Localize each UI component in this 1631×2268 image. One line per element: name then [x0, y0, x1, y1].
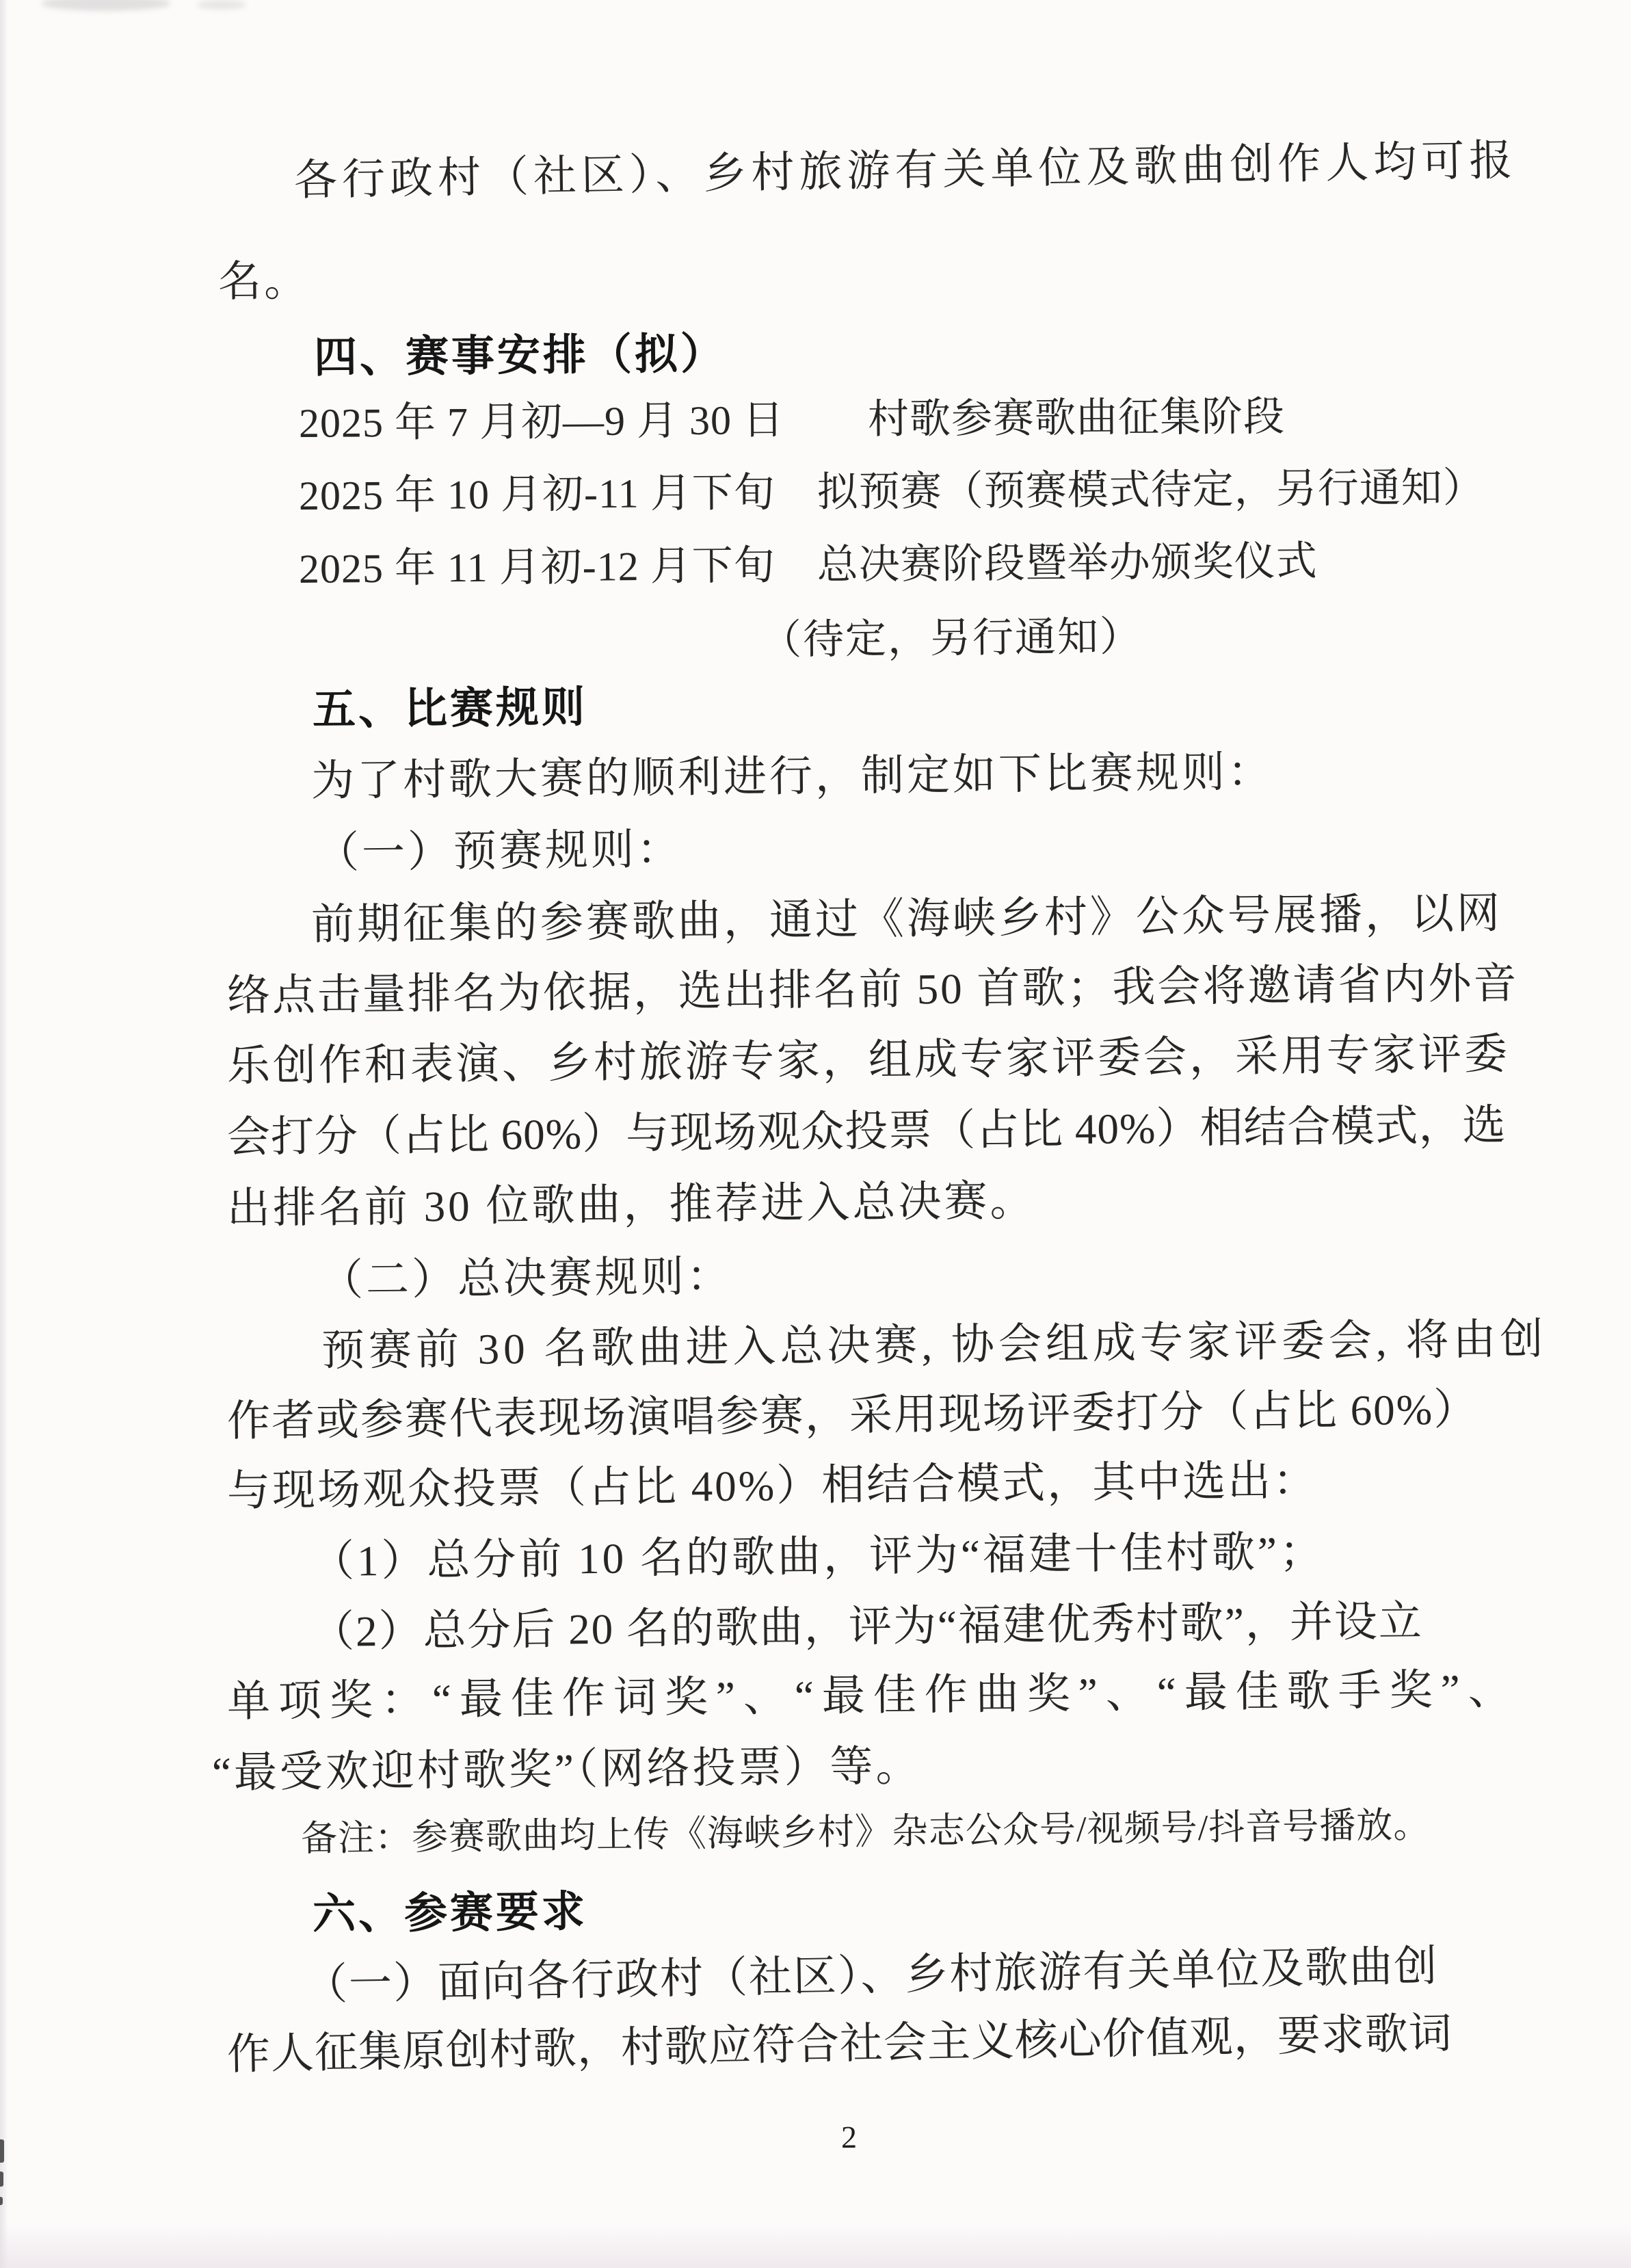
- doc-line-13: 乐创作和表演、乡村旅游专家，组成专家评委会，采用专家评委: [227, 1031, 1511, 1090]
- doc-line-20: （1）总分前 10 名的歌曲，评为“福建十佳村歌”；: [311, 1529, 1326, 1586]
- document-page: 各行政村（社区）、乡村旅游有关单位及歌曲创作人均可报 名。 四、赛事安排（拟） …: [0, 0, 1631, 2268]
- doc-line-22: 单项奖：“最佳作词奖”、“最佳作曲奖”、“最佳歌手奖”、: [227, 1666, 1520, 1726]
- doc-line-04: 2025 年 7 月初—9 月 30 日 村歌参赛歌曲征集阶段: [299, 394, 1285, 446]
- doc-line-06: 2025 年 11 月初-12 月下旬 总决赛阶段暨举办颁奖仪式: [299, 538, 1318, 592]
- scan-smudge-top-left: [41, 0, 171, 11]
- doc-line-01: 各行政村（社区）、乡村旅游有关单位及歌曲创作人均可报: [293, 137, 1517, 205]
- doc-line-12: 络点击量排名为依据，选出排名前 50 首歌；我会将邀请省内外音: [227, 960, 1519, 1020]
- doc-line-08: 五、比赛规则: [313, 684, 588, 734]
- doc-line-03: 四、赛事安排（拟）: [314, 330, 727, 382]
- doc-line-05: 2025 年 10 月初-11 月下旬 拟预赛（预赛模式待定，另行通知）: [299, 465, 1485, 518]
- doc-line-15: 出排名前 30 位歌曲，推荐进入总决赛。: [227, 1178, 1036, 1233]
- doc-line-09: 为了村歌大赛的顺利进行，制定如下比赛规则：: [311, 748, 1274, 805]
- doc-line-17: 预赛前 30 名歌曲进入总决赛, 协会组成专家评委会, 将由创: [321, 1316, 1548, 1375]
- doc-line-07: （待定，另行通知）: [760, 614, 1143, 663]
- scan-left-edge-shadow: [0, 0, 8, 2268]
- scan-speck-1: [0, 2139, 4, 2163]
- doc-line-21: （2）总分后 20 名的歌曲，评为“福建优秀村歌”，并设立: [311, 1598, 1424, 1656]
- scan-smudge-top-left-2: [197, 0, 246, 10]
- doc-line-24-note: 备注：参赛歌曲均上传《海峡乡村》杂志公众号/视频号/抖音号播放。: [301, 1806, 1431, 1859]
- doc-line-19: 与现场观众投票（占比 40%）相结合模式，其中选出：: [227, 1458, 1318, 1516]
- doc-line-02: 名。: [218, 258, 310, 306]
- scan-speck-2: [0, 2172, 3, 2187]
- doc-line-14: 会打分（占比 60%）与现场观众投票（占比 40%）相结合模式，选: [227, 1102, 1507, 1161]
- doc-line-25: 六、参赛要求: [313, 1888, 588, 1938]
- doc-line-10: （一）预赛规则：: [316, 826, 683, 877]
- doc-line-27: 作人征集原创村歌，村歌应符合社会主义核心价值观，要求歌词: [226, 2010, 1453, 2079]
- scan-speck-3: [0, 2197, 3, 2205]
- doc-line-18: 作者或参赛代表现场演唱参赛，采用现场评委打分（占比 60%）: [227, 1386, 1478, 1445]
- doc-line-11: 前期征集的参赛歌曲，通过《海峡乡村》公众号展播，以网: [311, 890, 1503, 949]
- page-number: 2: [841, 2119, 857, 2155]
- scan-bottom-edge-band: [0, 2224, 1631, 2268]
- doc-line-26: （一）面向各行政村（社区）、乡村旅游有关单位及歌曲创: [304, 1943, 1438, 2009]
- doc-line-16: （二）总决赛规则：: [320, 1253, 733, 1304]
- doc-line-23: “最受欢迎村歌奖”（网络投票）等。: [212, 1743, 922, 1797]
